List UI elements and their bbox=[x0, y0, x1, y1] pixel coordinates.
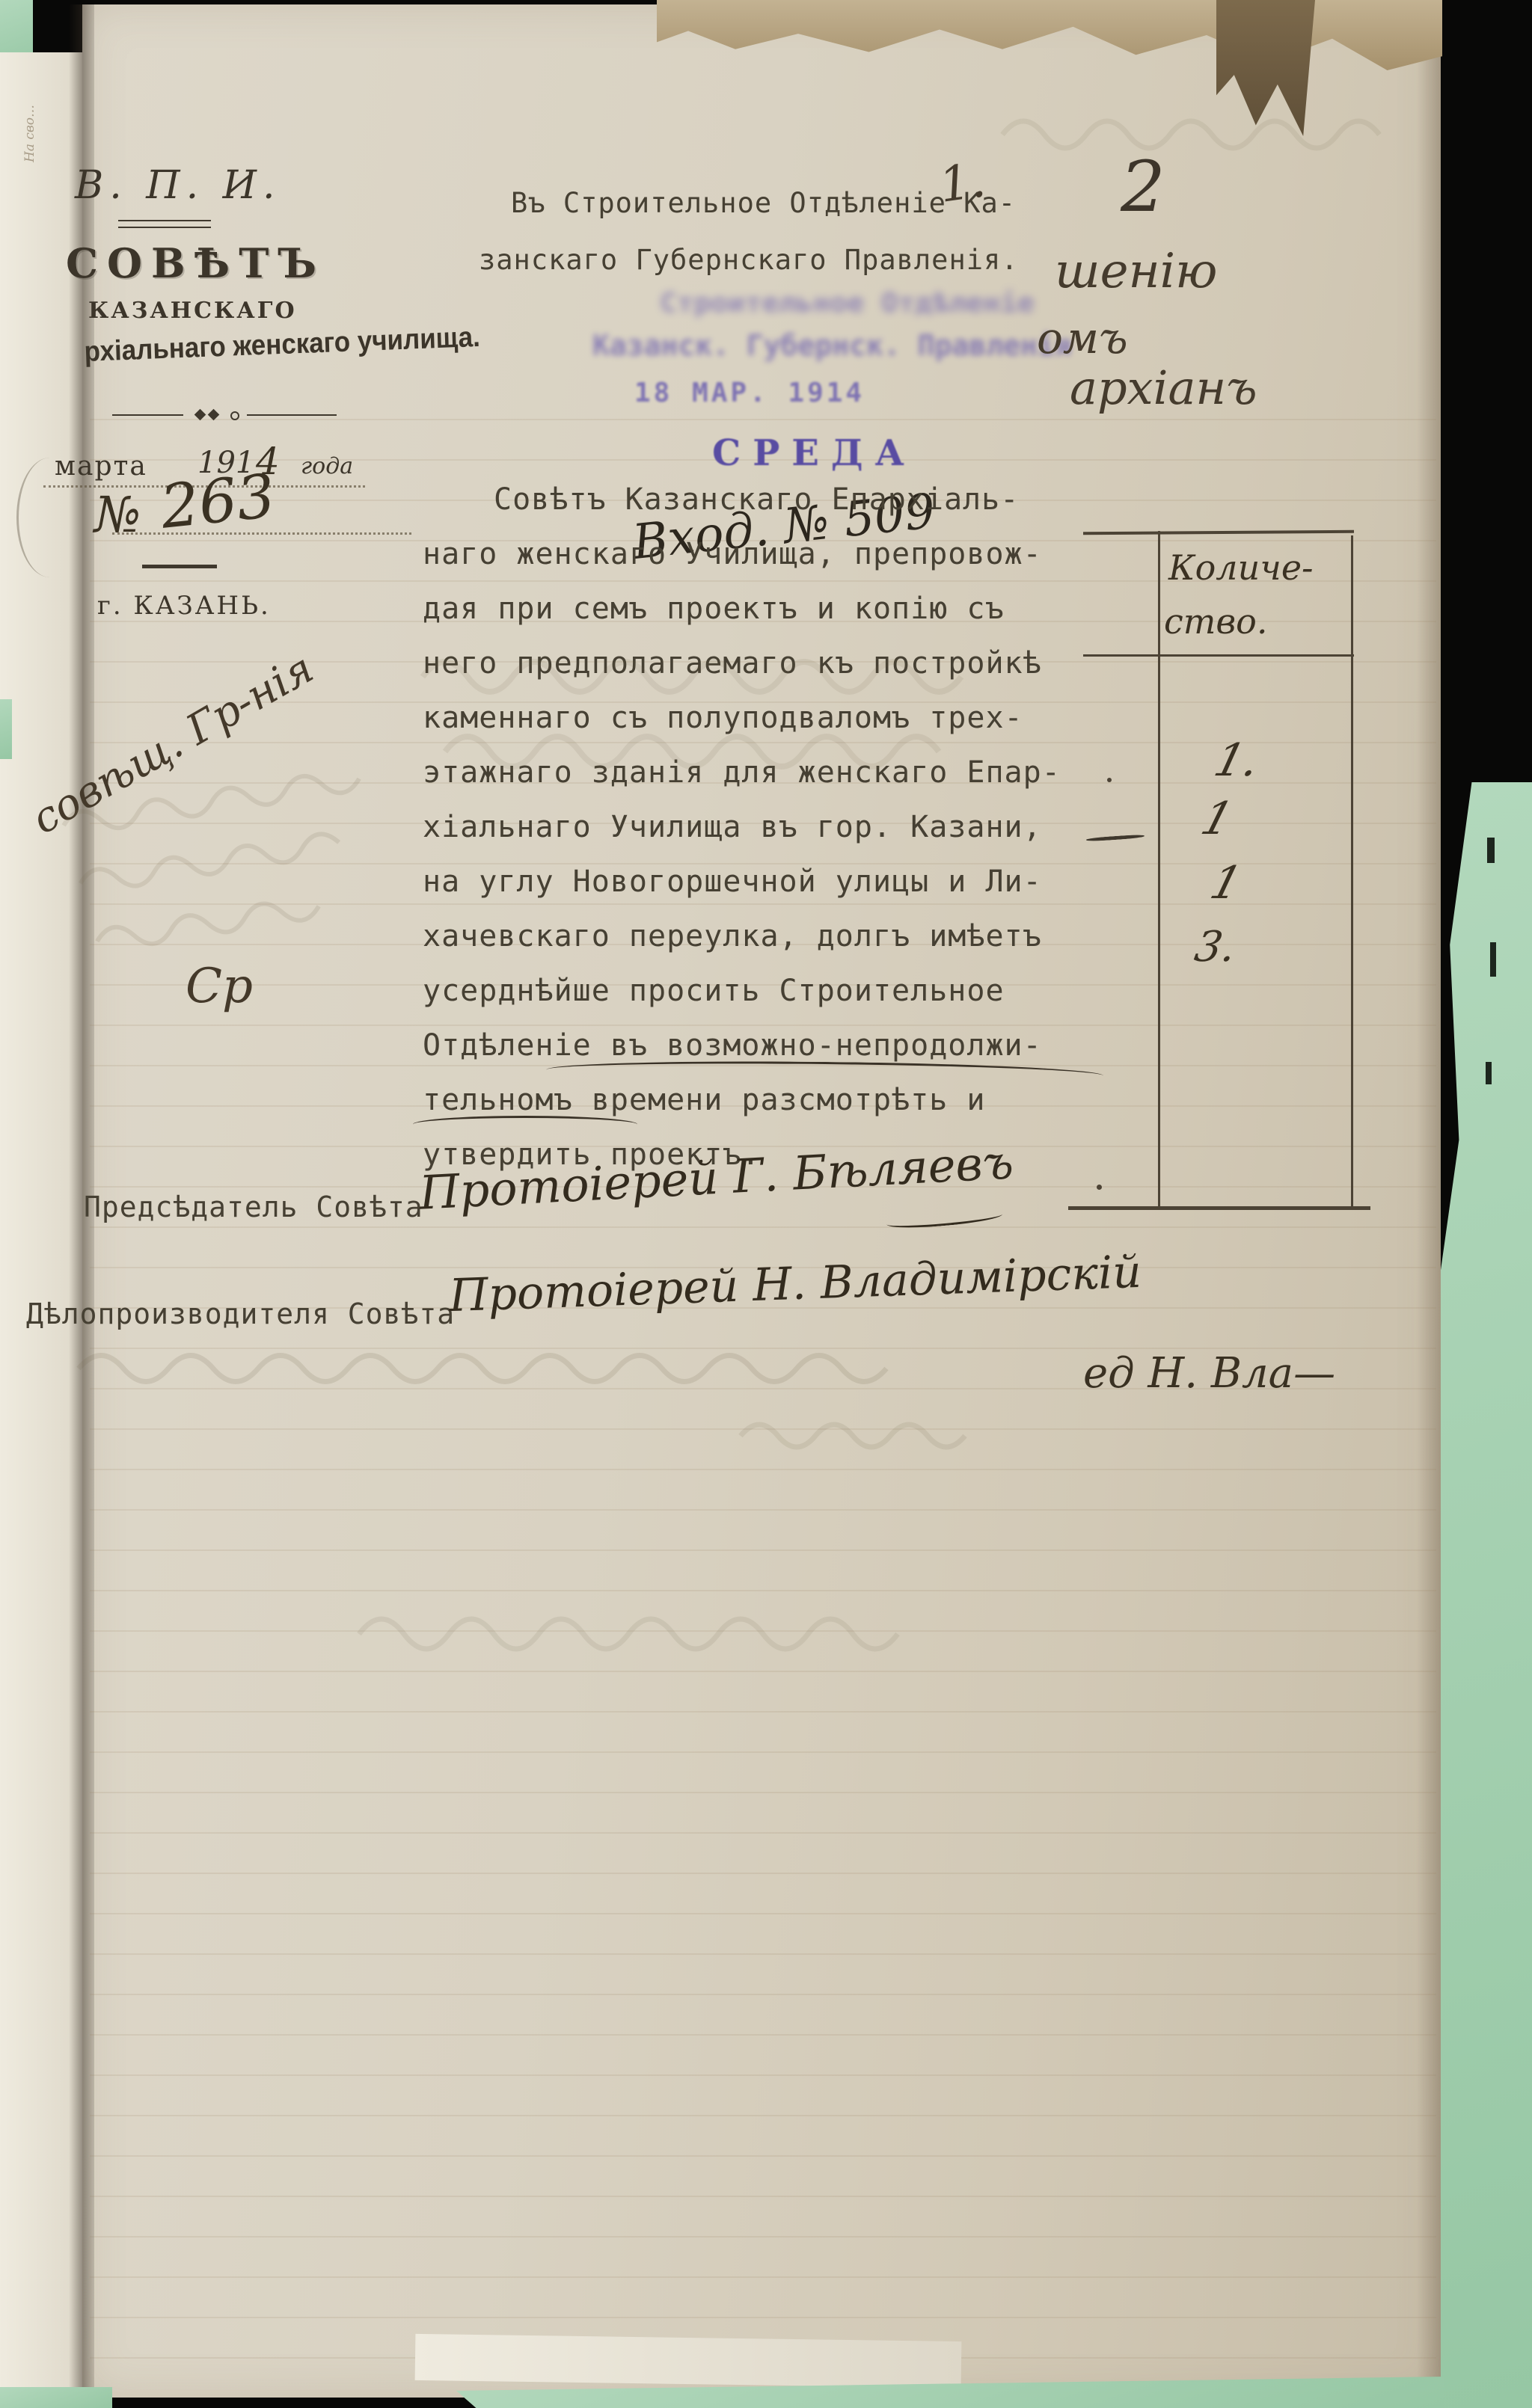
ink-curve-over-line-13 bbox=[413, 1116, 637, 1133]
table-header-quantity-2: ство. bbox=[1164, 601, 1267, 642]
ghost-pencil-mid-page bbox=[352, 1593, 950, 1668]
underlying-page-edge-bottom bbox=[415, 2334, 962, 2388]
scan-background-green-left-small bbox=[0, 699, 12, 759]
table-value-4: 3. bbox=[1191, 923, 1240, 971]
body-line-2: наго женскаго Училища, препровож- bbox=[423, 537, 1042, 571]
table-bottom-border bbox=[1068, 1206, 1370, 1210]
ghost-pencil-top-right bbox=[995, 101, 1399, 161]
body-line-7: хіальнаго Училища въ гор. Казани, bbox=[423, 810, 1042, 844]
right-margin-note-1: шенію bbox=[1055, 244, 1217, 299]
scan-debris-3 bbox=[1486, 1062, 1492, 1084]
ornament-diamond-2 bbox=[208, 409, 220, 421]
ornament-diamond-1 bbox=[194, 409, 206, 421]
body-line-9: хачевскаго переулка, долгъ имѣетъ bbox=[423, 919, 1042, 953]
table-vertical-line-right bbox=[1351, 535, 1353, 1208]
clerk-label: Дѣлопроизводителя Совѣта bbox=[26, 1297, 455, 1330]
ghost-writing-under-body bbox=[415, 632, 1073, 811]
stamp-office-line-1: Строительное Отдѣленіе bbox=[660, 288, 1035, 319]
scan-background-green-right bbox=[1441, 782, 1532, 2408]
letterhead-org-name: СОВѢТЪ bbox=[66, 239, 325, 287]
body-line-10: усерднѣйше просить Строительное bbox=[423, 974, 1005, 1008]
letterhead-short-rule bbox=[142, 565, 217, 568]
chairman-label: Предсѣдатель Совѣта bbox=[84, 1191, 423, 1223]
left-margin-initials-mark: Ср bbox=[186, 959, 253, 1014]
ornament-circle bbox=[230, 411, 239, 420]
body-line-3: дая при семъ проектъ и копію съ bbox=[423, 592, 1005, 626]
table-left-column-dot-2 bbox=[1097, 1185, 1102, 1190]
stamp-office-line-2: Казанск. Губернск. Правленія bbox=[592, 329, 1072, 362]
ornament-line-left bbox=[112, 414, 183, 416]
address-line-2: занскаго Губернскаго Правленія. bbox=[479, 244, 1019, 276]
letterhead-city: г. КАЗАНЬ. bbox=[97, 591, 271, 621]
binding-print-fragment: На сво… bbox=[22, 105, 37, 162]
scan-debris-1 bbox=[1487, 838, 1495, 863]
stamp-received-date: 18 МАР. 1914 bbox=[634, 378, 865, 408]
scan-debris-2 bbox=[1490, 942, 1496, 977]
letterhead-double-rule bbox=[118, 220, 211, 228]
body-line-1: Совѣтъ Казанскаго Епархіаль- bbox=[494, 482, 1019, 517]
body-line-8: на углу Новогоршечной улицы и Ли- bbox=[423, 864, 1042, 899]
body-line-12: тельномъ времени разсмотрѣть и bbox=[423, 1083, 985, 1117]
table-header-divider bbox=[1083, 654, 1354, 657]
scanned-document-page: На сво… В. П. И. СОВѢТЪ КАЗАНСКАГО рхіал… bbox=[0, 0, 1532, 2408]
ghost-pencil-bottom-line bbox=[71, 1335, 939, 1395]
table-vertical-line-left bbox=[1158, 531, 1160, 1210]
margin-item-mark: 1. bbox=[936, 153, 989, 214]
letterhead-initials: В. П. И. bbox=[75, 163, 254, 208]
scan-background-green-bottom-left bbox=[0, 2387, 112, 2408]
ornament-line-right bbox=[247, 414, 337, 416]
table-header-quantity-1: Количе- bbox=[1168, 547, 1314, 588]
body-line-11: Отдѣленіе въ возможно-непродолжи- bbox=[423, 1028, 1042, 1063]
right-margin-note-2: омъ bbox=[1037, 313, 1128, 363]
letterhead-ornament bbox=[112, 410, 337, 420]
ghost-pencil-bottom-short bbox=[733, 1410, 972, 1455]
stamp-weekday: СРЕДА bbox=[712, 432, 916, 474]
table-left-column-dot-1 bbox=[1107, 778, 1112, 782]
right-margin-note-3: архіанъ bbox=[1070, 360, 1257, 415]
bottom-right-ink-fragment: ед Н. Вла— bbox=[1083, 1349, 1335, 1398]
date-year-suffix: года bbox=[301, 453, 353, 479]
doc-number-leader-line bbox=[112, 509, 411, 535]
letterhead-org-region: КАЗАНСКАГО bbox=[88, 298, 297, 324]
